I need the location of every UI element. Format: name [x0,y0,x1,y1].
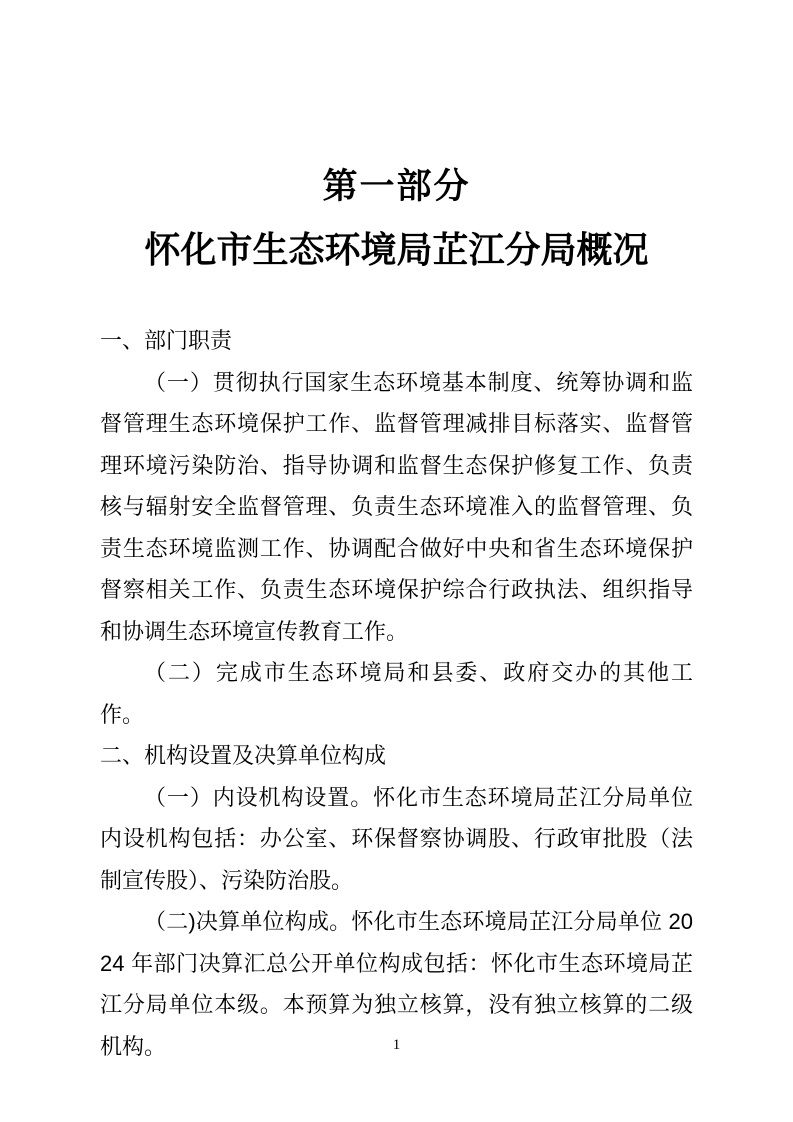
document-title: 怀化市生态环境局芷江分局概况 [100,218,693,282]
paragraph-structure-item-1: （一）内设机构设置。怀化市生态环境局芷江分局单位内设机构包括：办公室、环保督察协… [100,777,693,902]
document-content: 第一部分 怀化市生态环境局芷江分局概况 一、部门职责 （一）贯彻执行国家生态环境… [100,0,693,1067]
page-number: 1 [0,1036,793,1054]
document-body: 一、部门职责 （一）贯彻执行国家生态环境基本制度、统筹协调和监督管理生态环境保护… [100,320,693,1067]
document-page: 第一部分 怀化市生态环境局芷江分局概况 一、部门职责 （一）贯彻执行国家生态环境… [0,0,793,1122]
paragraph-duties-item-2: （二）完成市生态环境局和县委、政府交办的其他工作。 [100,652,693,735]
section-heading-structure: 二、机构设置及决算单位构成 [100,735,693,777]
part-title: 第一部分 [100,155,693,218]
paragraph-duties-item-1: （一）贯彻执行国家生态环境基本制度、统筹协调和监督管理生态环境保护工作、监督管理… [100,362,693,653]
section-heading-duties: 一、部门职责 [100,320,693,362]
